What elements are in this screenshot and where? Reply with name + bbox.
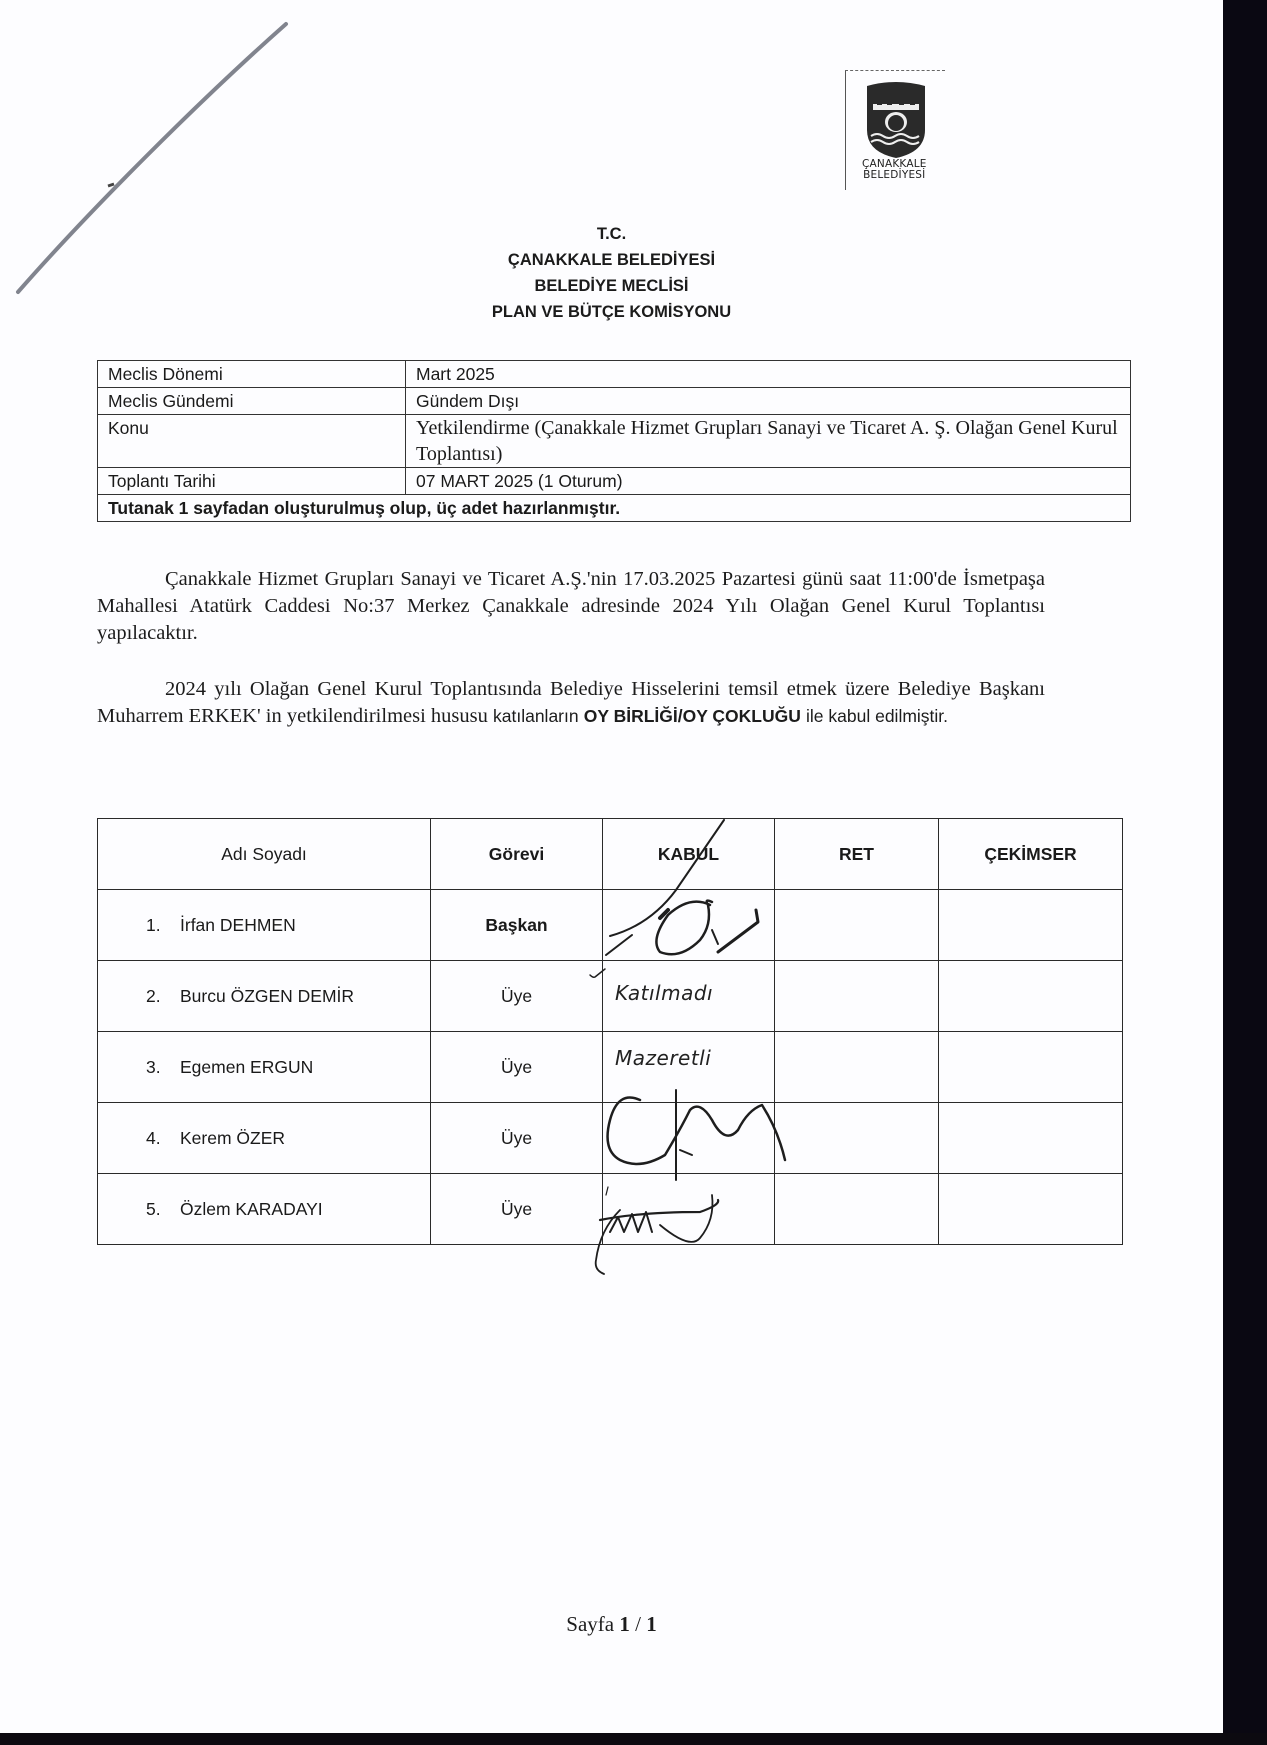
member-role: Üye [431, 1103, 603, 1174]
reject-cell [775, 890, 939, 961]
member-name: İrfan DEHMEN [180, 915, 296, 935]
member-role: Üye [431, 961, 603, 1032]
meeting-info-table: Meclis Dönemi Mart 2025 Meclis Gündemi G… [97, 360, 1131, 522]
handwritten-note: Katılmadı [615, 981, 713, 1005]
info-value: 07 MART 2025 (1 Oturum) [406, 468, 1131, 495]
info-label: Konu [98, 415, 406, 468]
vote-row: 3.Egemen ERGUN Üye Mazeretli [98, 1032, 1123, 1103]
vote-table-header: Adı Soyadı Görevi KABUL RET ÇEKİMSER [98, 819, 1123, 890]
member-name: Kerem ÖZER [180, 1128, 285, 1148]
member-name: Burcu ÖZGEN DEMİR [180, 986, 354, 1006]
heading-municipality: ÇANAKKALE BELEDİYESİ [0, 248, 1223, 273]
heading-council: BELEDİYE MECLİSİ [0, 274, 1223, 299]
castle-jug-emblem-icon [865, 82, 927, 158]
header-reject: RET [775, 819, 939, 890]
info-value: Mart 2025 [406, 361, 1131, 388]
page-total: 1 [646, 1612, 657, 1636]
heading-commission: PLAN VE BÜTÇE KOMİSYONU [0, 300, 1223, 325]
abstain-cell [939, 961, 1123, 1032]
heading-tc: T.C. [0, 222, 1223, 247]
page-separator: / [635, 1612, 641, 1636]
info-row: Tutanak 1 sayfadan oluşturulmuş olup, üç… [98, 495, 1131, 522]
member-name: Özlem KARADAYI [180, 1199, 323, 1219]
info-row: Meclis Gündemi Gündem Dışı [98, 388, 1131, 415]
member-role: Başkan [431, 890, 603, 961]
scanner-border [0, 1733, 1267, 1745]
row-number: 4. [146, 1128, 180, 1149]
info-row: Konu Yetkilendirme (Çanakkale Hizmet Gru… [98, 415, 1131, 468]
header-name: Adı Soyadı [98, 819, 431, 890]
vote-row: 5.Özlem KARADAYI Üye [98, 1174, 1123, 1245]
info-row: Meclis Dönemi Mart 2025 [98, 361, 1131, 388]
accept-cell: Katılmadı [603, 961, 775, 1032]
header-role: Görevi [431, 819, 603, 890]
page-label: Sayfa [566, 1612, 614, 1636]
decision-participants: katılanların [493, 706, 579, 726]
municipality-logo: ÇANAKKALE BELEDİYESİ [845, 70, 945, 195]
abstain-cell [939, 1032, 1123, 1103]
page-current: 1 [619, 1612, 630, 1636]
vote-table: Adı Soyadı Görevi KABUL RET ÇEKİMSER 1.İ… [97, 818, 1123, 1245]
member-role: Üye [431, 1032, 603, 1103]
header-accept: KABUL [603, 819, 775, 890]
reject-cell [775, 1174, 939, 1245]
reject-cell [775, 1103, 939, 1174]
row-number: 5. [146, 1199, 180, 1220]
accept-cell [603, 1103, 775, 1174]
member-name: Egemen ERGUN [180, 1057, 313, 1077]
paragraph-decision: 2024 yılı Olağan Genel Kurul Toplantısın… [97, 676, 1045, 730]
info-value: Gündem Dışı [406, 388, 1131, 415]
header-abstain: ÇEKİMSER [939, 819, 1123, 890]
reject-cell [775, 961, 939, 1032]
row-number: 2. [146, 986, 180, 1007]
vote-row: 4.Kerem ÖZER Üye [98, 1103, 1123, 1174]
info-row: Toplantı Tarihi 07 MART 2025 (1 Oturum) [98, 468, 1131, 495]
decision-vote-type: OY BİRLİĞİ/OY ÇOKLUĞU [584, 706, 801, 726]
vote-row: 2.Burcu ÖZGEN DEMİR Üye Katılmadı [98, 961, 1123, 1032]
page-number: Sayfa 1 / 1 [0, 1612, 1223, 1637]
info-label: Meclis Dönemi [98, 361, 406, 388]
abstain-cell [939, 1103, 1123, 1174]
accept-cell [603, 1174, 775, 1245]
abstain-cell [939, 1174, 1123, 1245]
member-role: Üye [431, 1174, 603, 1245]
logo-text-line2: BELEDİYESİ [862, 170, 927, 181]
info-value: Yetkilendirme (Çanakkale Hizmet Grupları… [406, 415, 1131, 468]
paragraph-meeting-announcement: Çanakkale Hizmet Grupları Sanayi ve Tica… [97, 566, 1045, 647]
info-label: Toplantı Tarihi [98, 468, 406, 495]
vote-row: 1.İrfan DEHMEN Başkan [98, 890, 1123, 961]
decision-result: ile kabul edilmiştir. [806, 706, 948, 726]
handwritten-note: Mazeretli [615, 1046, 711, 1070]
accept-cell: Mazeretli [603, 1032, 775, 1103]
row-number: 3. [146, 1057, 180, 1078]
abstain-cell [939, 890, 1123, 961]
info-footer-note: Tutanak 1 sayfadan oluşturulmuş olup, üç… [98, 495, 1131, 522]
accept-cell [603, 890, 775, 961]
reject-cell [775, 1032, 939, 1103]
info-label: Meclis Gündemi [98, 388, 406, 415]
row-number: 1. [146, 915, 180, 936]
